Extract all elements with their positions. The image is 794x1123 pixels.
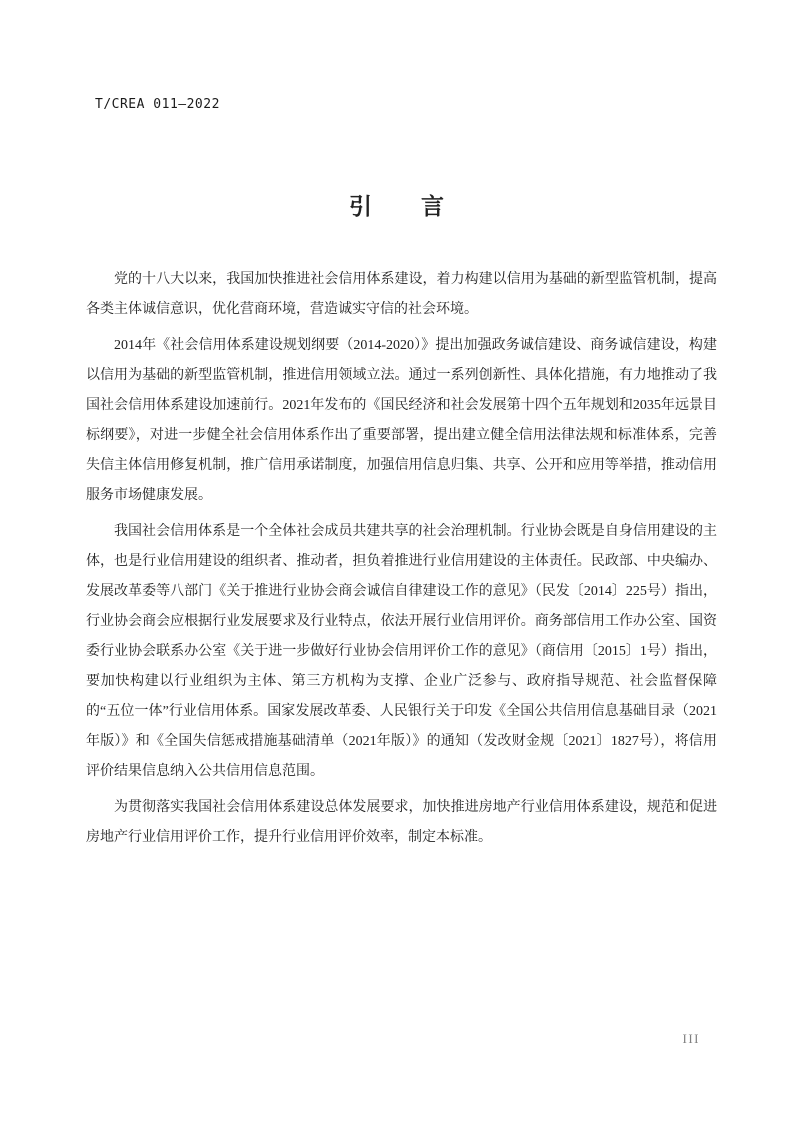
standard-code-header: T/CREA 011—2022 — [95, 97, 220, 112]
introduction-body: 党的十八大以来，我国加快推进社会信用体系建设，着力构建以信用为基础的新型监管机制… — [86, 265, 717, 859]
page-title: 引 言 — [0, 188, 794, 221]
intro-paragraph-4: 为贯彻落实我国社会信用体系建设总体发展要求，加快推进房地产行业信用体系建设，规范… — [86, 793, 717, 853]
intro-paragraph-1: 党的十八大以来，我国加快推进社会信用体系建设，着力构建以信用为基础的新型监管机制… — [86, 265, 717, 325]
intro-paragraph-2: 2014年《社会信用体系建设规划纲要（2014-2020）》提出加强政务诚信建设… — [86, 331, 717, 511]
intro-paragraph-3: 我国社会信用体系是一个全体社会成员共建共享的社会治理机制。行业协会既是自身信用建… — [86, 517, 717, 787]
document-page: T/CREA 011—2022 引 言 党的十八大以来，我国加快推进社会信用体系… — [0, 0, 794, 1123]
page-number: III — [683, 1031, 701, 1047]
